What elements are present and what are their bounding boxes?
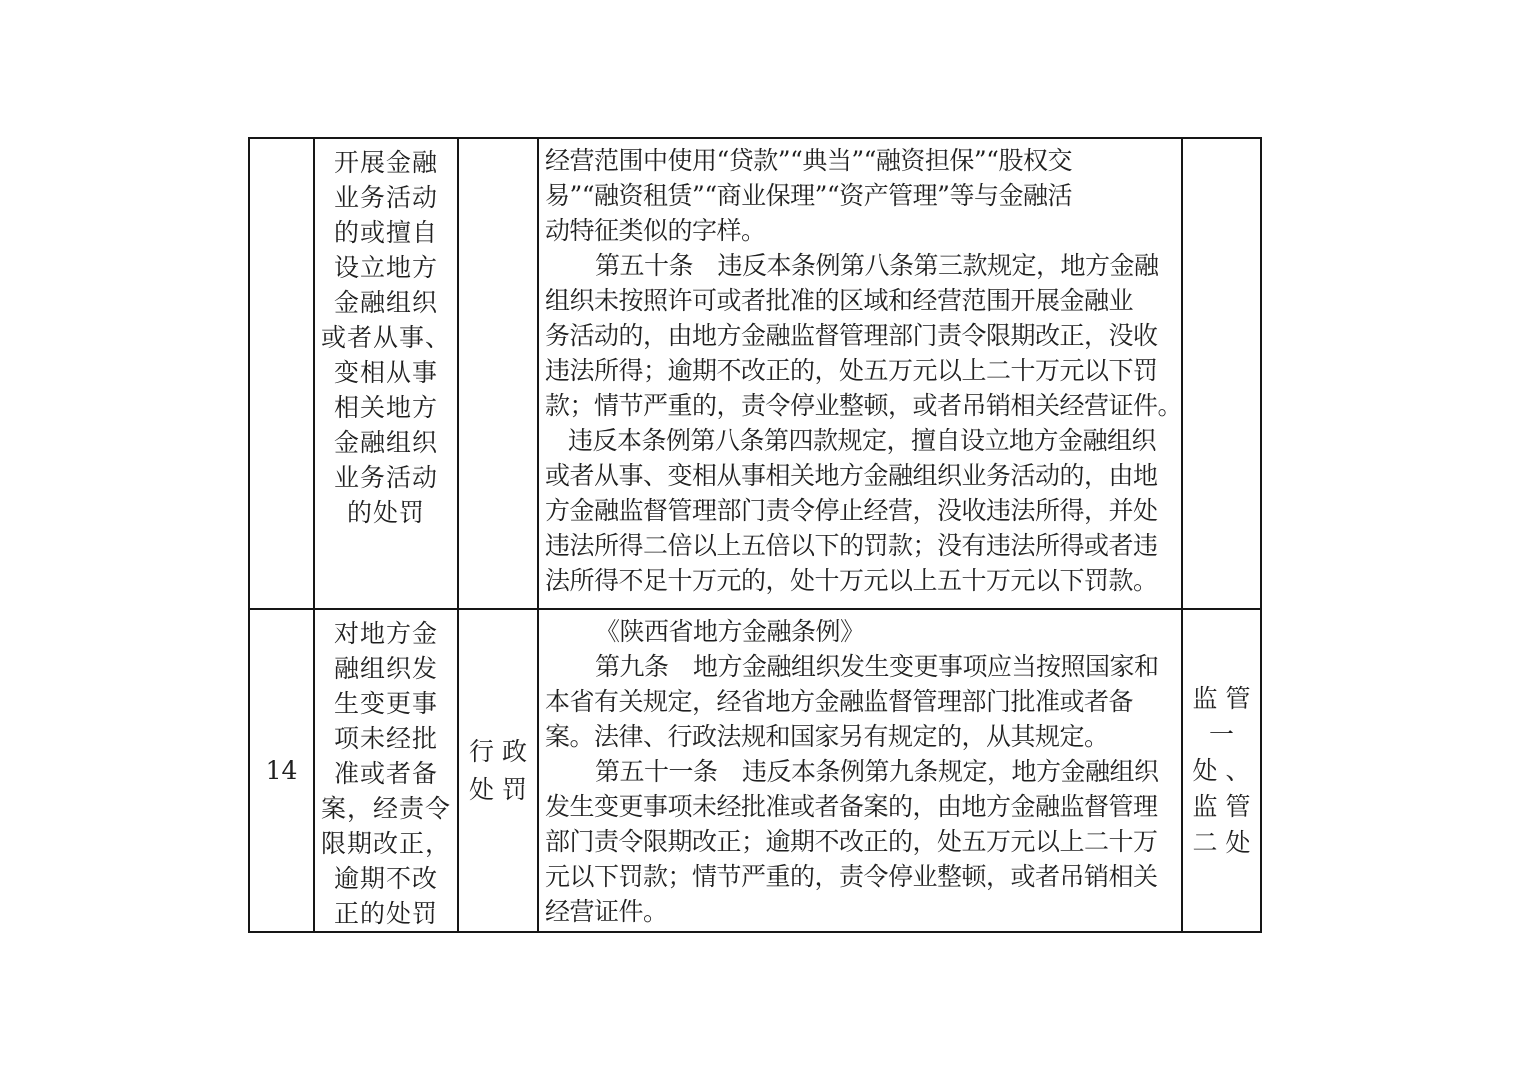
item-name-line: 准或者备 (315, 756, 457, 791)
legal-basis-line: 第五十一条 违反本条例第九条规定，地方金融组织 (545, 754, 1175, 789)
legal-basis-line: 易”“融资租赁”“商业保理”“资产管理”等与金融活 (545, 178, 1175, 213)
legal-basis-line: 违反本条例第八条第四款规定，擅自设立地方金融组织 (545, 423, 1175, 458)
item-name-cell: 对地方金融组织发生变更事项未经批准或者备案，经责令限期改正，逾期不改正的处罚 (315, 610, 459, 931)
legal-basis-line: 动特征类似的字样。 (545, 213, 1175, 248)
item-name-line: 融组织发 (315, 651, 457, 686)
penalty-items-table: 开展金融业务活动的或擅自设立地方金融组织或者从事、变相从事相关地方金融组织业务活… (248, 137, 1262, 933)
department-cell: 监管一处、监管二处 (1183, 610, 1260, 931)
row-number-cell: 14 (250, 610, 315, 931)
legal-basis-line: 本省有关规定，经省地方金融监督管理部门批准或者备 (545, 684, 1175, 719)
legal-basis-line: 违法所得二倍以上五倍以下的罚款；没有违法所得或者违 (545, 528, 1175, 563)
item-name-line: 对地方金 (315, 616, 457, 651)
item-name-line: 正的处罚 (315, 896, 457, 931)
item-name-line: 或者从事、 (315, 320, 457, 355)
legal-basis-line: 案。法律、行政法规和国家另有规定的，从其规定。 (545, 719, 1175, 754)
item-name-line: 金融组织 (315, 285, 457, 320)
legal-basis-line: 经营证件。 (545, 894, 1175, 929)
penalty-type-line: 处罚 (469, 771, 535, 809)
legal-basis-line: 发生变更事项未经批准或者备案的，由地方金融监督管理 (545, 789, 1175, 824)
legal-basis-line: 组织未按照许可或者批准的区域和经营范围开展金融业 (545, 283, 1175, 318)
item-name-line: 业务活动 (315, 460, 457, 495)
legal-basis-line: 第九条 地方金融组织发生变更事项应当按照国家和 (545, 649, 1175, 684)
penalty-type-cell: 行政处罚 (459, 610, 539, 931)
item-name-cell: 开展金融业务活动的或擅自设立地方金融组织或者从事、变相从事相关地方金融组织业务活… (315, 139, 459, 610)
row-number-cell (250, 139, 315, 610)
legal-basis-line: 法所得不足十万元的，处十万元以上五十万元以下罚款。 (545, 563, 1175, 598)
item-name-line: 相关地方 (315, 390, 457, 425)
legal-basis-line: 《陕西省地方金融条例》 (545, 614, 1175, 649)
department-line: 监管 (1192, 681, 1258, 717)
legal-basis-line: 违法所得；逾期不改正的，处五万元以上二十万元以下罚 (545, 353, 1175, 388)
legal-basis-line: 第五十条 违反本条例第八条第三款规定，地方金融 (545, 248, 1175, 283)
department-line: 一 (1209, 717, 1242, 753)
item-name-line: 金融组织 (315, 425, 457, 460)
penalty-type-line: 行政 (469, 733, 535, 771)
department-line: 处、 (1192, 753, 1258, 789)
item-name-line: 的或擅自 (315, 215, 457, 250)
legal-basis-cell: 《陕西省地方金融条例》第九条 地方金融组织发生变更事项应当按照国家和本省有关规定… (539, 610, 1183, 931)
item-name-line: 的处罚 (315, 495, 457, 530)
item-name-line: 逾期不改 (315, 861, 457, 896)
department-cell (1183, 139, 1260, 610)
legal-basis-line: 部门责令限期改正；逾期不改正的，处五万元以上二十万 (545, 824, 1175, 859)
row-number: 14 (266, 753, 298, 788)
department-line: 二处 (1192, 825, 1258, 861)
item-name-line: 变相从事 (315, 355, 457, 390)
item-name-line: 项未经批 (315, 721, 457, 756)
item-name-line: 限期改正， (315, 826, 457, 861)
legal-basis-line: 经营范围中使用“贷款”“典当”“融资担保”“股权交 (545, 143, 1175, 178)
legal-basis-line: 务活动的，由地方金融监督管理部门责令限期改正，没收 (545, 318, 1175, 353)
legal-basis-line: 款；情节严重的，责令停业整顿，或者吊销相关经营证件。 (545, 388, 1175, 423)
legal-basis-line: 元以下罚款；情节严重的，责令停业整顿，或者吊销相关 (545, 859, 1175, 894)
legal-basis-line: 或者从事、变相从事相关地方金融组织业务活动的，由地 (545, 458, 1175, 493)
legal-basis-cell: 经营范围中使用“贷款”“典当”“融资担保”“股权交易”“融资租赁”“商业保理”“… (539, 139, 1183, 610)
document-page: 开展金融业务活动的或擅自设立地方金融组织或者从事、变相从事相关地方金融组织业务活… (0, 0, 1520, 1074)
penalty-type-cell (459, 139, 539, 610)
item-name-line: 设立地方 (315, 250, 457, 285)
legal-basis-line: 方金融监督管理部门责令停止经营，没收违法所得，并处 (545, 493, 1175, 528)
item-name-line: 生变更事 (315, 686, 457, 721)
item-name-line: 开展金融 (315, 145, 457, 180)
item-name-line: 业务活动 (315, 180, 457, 215)
department-line: 监管 (1192, 789, 1258, 825)
item-name-line: 案，经责令 (315, 791, 457, 826)
